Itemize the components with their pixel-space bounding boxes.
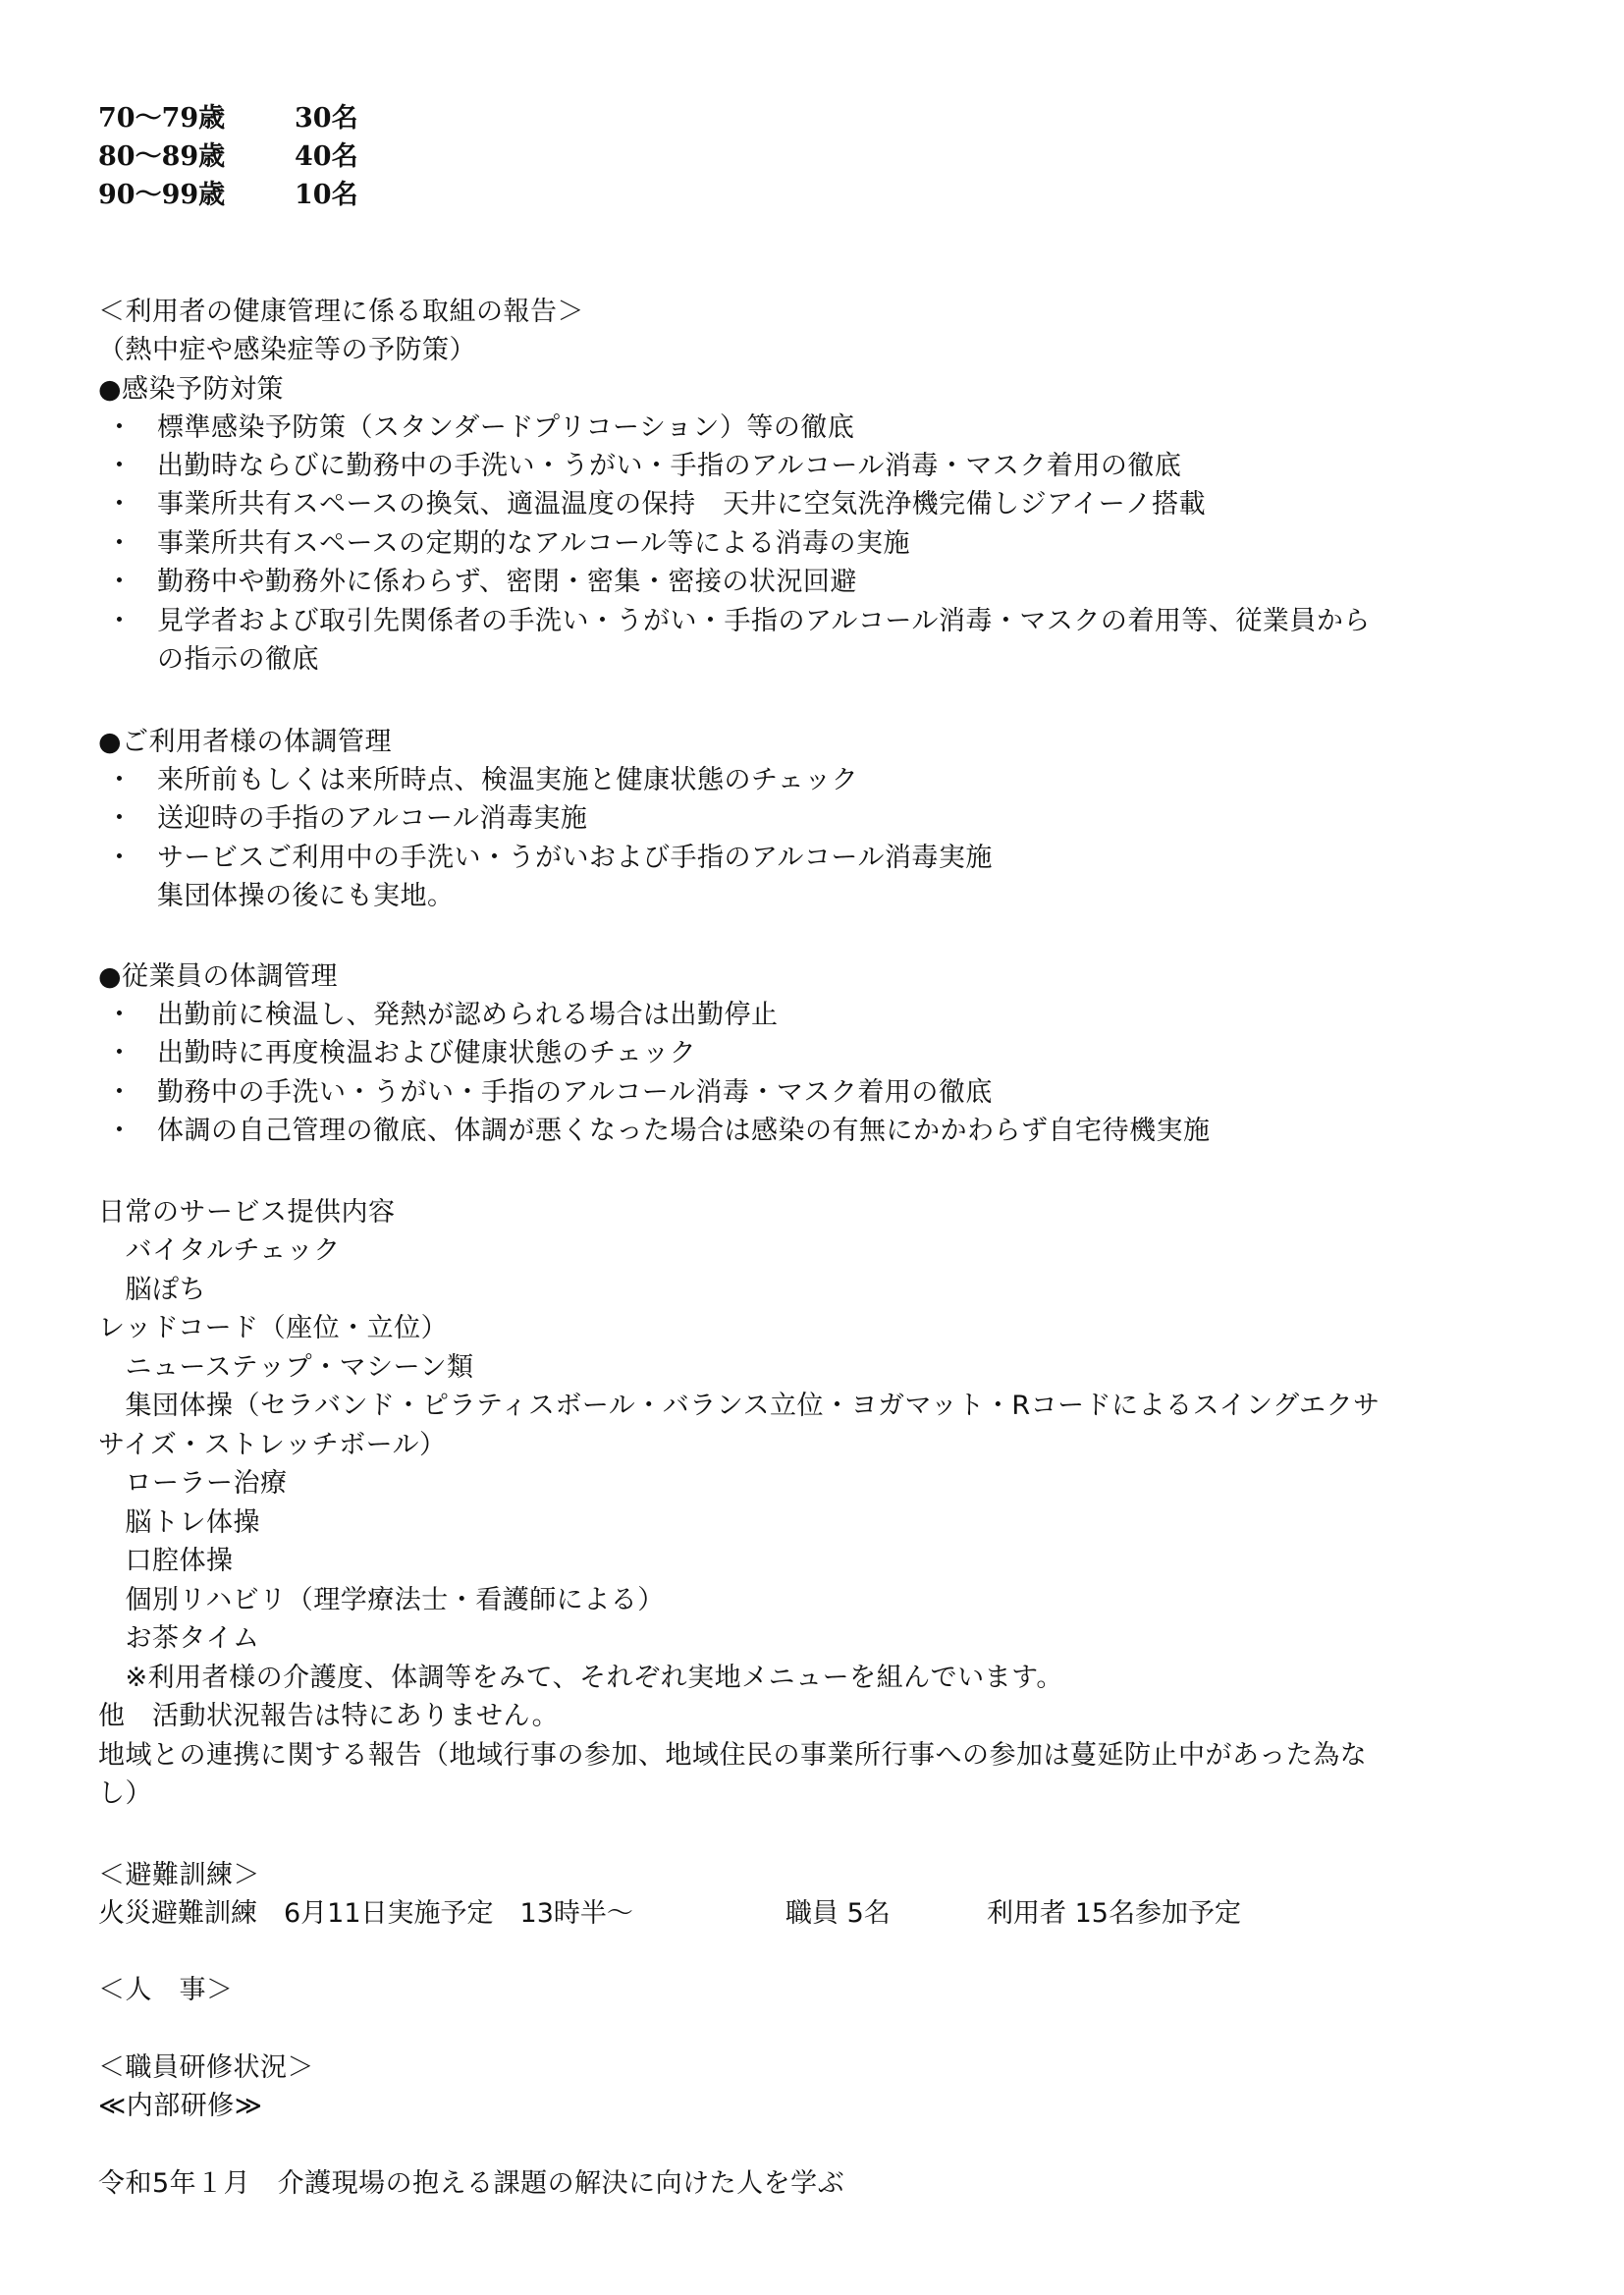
list-item: ・事業所共有スペースの換気、適温温度の保持 天井に空気洗浄機完備しジアイーノ搭載	[98, 485, 1206, 523]
service-line: 口腔体操	[98, 1542, 234, 1580]
age-row: 80～89歳40名	[98, 135, 358, 173]
service-line: 集団体操（セラバンド・ピラティスボール・バランス立位・ヨガマット・Rコードによる…	[98, 1387, 1380, 1425]
list-item: ・標準感染予防策（スタンダードプリコーション）等の徹底	[98, 409, 854, 447]
drill-staff: 職員 5名	[785, 1894, 891, 1933]
service-line: ニューステップ・マシーン類	[98, 1348, 474, 1387]
service-line: 個別リハビリ（理学療法士・看護師による）	[98, 1581, 665, 1619]
bullet-icon: ・	[98, 447, 157, 485]
staff-heading: ●従業員の体調管理	[98, 957, 338, 996]
service-line: 脳ぽち	[98, 1271, 206, 1309]
list-item: ・来所前もしくは来所時点、検温実施と健康状態のチェック	[98, 761, 858, 799]
list-item: ・出勤前に検温し、発熱が認められる場合は出勤停止	[98, 996, 779, 1034]
list-item: ・勤務中の手洗い・うがい・手指のアルコール消毒・マスク着用の徹底	[98, 1073, 993, 1112]
list-item: ・出勤時に再度検温および健康状態のチェック	[98, 1034, 696, 1072]
list-item-continuation: の指示の徹底	[157, 640, 319, 679]
personnel-title: ＜人 事＞	[98, 1971, 234, 2009]
age-row: 90～99歳10名	[98, 173, 358, 211]
list-item: ・事業所共有スペースの定期的なアルコール等による消毒の実施	[98, 524, 910, 563]
bullet-icon: ・	[98, 1112, 157, 1150]
bullet-icon: ・	[98, 761, 157, 799]
age-count: 10名	[295, 180, 358, 210]
age-row: 70～79歳30名	[98, 96, 358, 135]
document-page: 70～79歳30名 80～89歳40名 90～99歳10名 ＜利用者の健康管理に…	[0, 0, 1624, 2295]
list-item: ・体調の自己管理の徹底、体調が悪くなった場合は感染の有無にかかわらず自宅待機実施	[98, 1112, 1211, 1150]
service-line: サイズ・ストレッチボール）	[98, 1426, 447, 1464]
bullet-icon: ・	[98, 839, 157, 877]
health-section-title: ＜利用者の健康管理に係る取組の報告＞	[98, 293, 584, 331]
service-note: ※利用者様の介護度、体調等をみて、それぞれ実地メニューを組んでいます。	[98, 1659, 1063, 1697]
activity-report: 他 活動状況報告は特にありません。	[98, 1697, 559, 1735]
drill-users: 利用者 15名参加予定	[987, 1894, 1241, 1933]
bullet-icon: ・	[98, 602, 157, 640]
list-item: ・見学者および取引先関係者の手洗い・うがい・手指のアルコール消毒・マスクの着用等…	[98, 602, 1371, 640]
drill-name: 火災避難訓練 6月11日実施予定 13時半～	[98, 1894, 633, 1933]
service-line: レッドコード（座位・立位）	[98, 1309, 448, 1347]
bullet-icon: ・	[98, 409, 157, 447]
list-item: ・出勤時ならびに勤務中の手洗い・うがい・手指のアルコール消毒・マスク着用の徹底	[98, 447, 1181, 485]
training-subtitle: ≪内部研修≫	[98, 2087, 263, 2125]
community-report-continuation: し）	[98, 1775, 152, 1813]
health-section-subtitle: （熱中症や感染症等の予防策）	[98, 331, 476, 369]
age-count: 40名	[295, 141, 358, 172]
service-line: 脳トレ体操	[98, 1503, 260, 1542]
age-range: 80～89歳	[98, 135, 295, 173]
community-report: 地域との連携に関する報告（地域行事の参加、地域住民の事業所行事への参加は蔓延防止…	[98, 1736, 1367, 1775]
bullet-icon: ・	[98, 996, 157, 1034]
bullet-icon: ・	[98, 1034, 157, 1072]
list-item: ・勤務中や勤務外に係わらず、密閉・密集・密接の状況回避	[98, 563, 857, 601]
list-item: ・送迎時の手指のアルコール消毒実施	[98, 799, 587, 838]
bullet-icon: ・	[98, 799, 157, 838]
daily-services-heading: 日常のサービス提供内容	[98, 1193, 396, 1231]
evacuation-title: ＜避難訓練＞	[98, 1856, 260, 1894]
age-range: 70～79歳	[98, 96, 295, 135]
training-entry: 令和5年１月 介護現場の抱える課題の解決に向けた人を学ぶ	[98, 2164, 844, 2203]
service-line: お茶タイム	[98, 1619, 259, 1658]
age-count: 30名	[295, 103, 358, 134]
bullet-icon: ・	[98, 524, 157, 563]
infection-heading: ●感染予防対策	[98, 370, 284, 409]
users-heading: ●ご利用者様の体調管理	[98, 723, 392, 761]
service-line: ローラー治療	[98, 1464, 288, 1503]
bullet-icon: ・	[98, 485, 157, 523]
list-item: ・サービスご利用中の手洗い・うがいおよび手指のアルコール消毒実施	[98, 839, 993, 877]
list-item-continuation: 集団体操の後にも実地。	[157, 877, 455, 915]
bullet-icon: ・	[98, 563, 157, 601]
bullet-icon: ・	[98, 1073, 157, 1112]
age-range: 90～99歳	[98, 173, 295, 211]
training-title: ＜職員研修状況＞	[98, 2049, 314, 2087]
service-line: バイタルチェック	[98, 1231, 341, 1270]
